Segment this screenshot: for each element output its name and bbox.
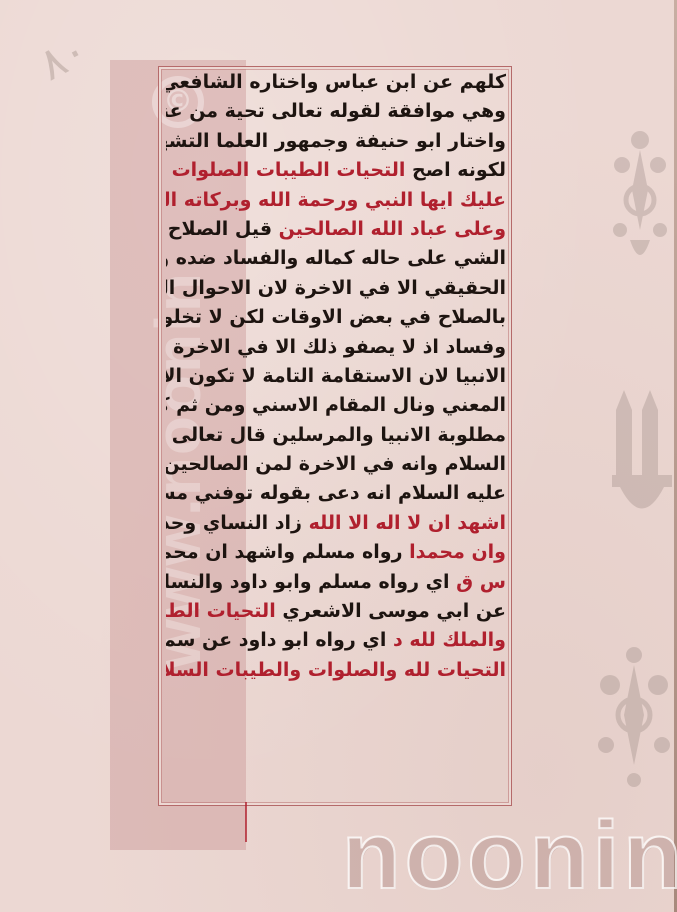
text-segment: عن ابي موسى الاشعري xyxy=(276,600,506,622)
text-line: التحيات لله والصلوات والطيبات السلام علي… xyxy=(166,656,506,685)
text-segment: مطلوبة الانبيا والمرسلين قال تعالى في حق… xyxy=(166,424,506,446)
text-segment: الانبيا لان الاستقامة التامة لا تكون الا… xyxy=(166,365,506,387)
text-line: الحقيقي الا في الاخرة لان الاحوال العاجل… xyxy=(166,274,506,303)
rubric-segment: والملك لله د xyxy=(393,629,506,651)
text-line: بالصلاح في بعض الاوقات لكن لا تخلو عن شا… xyxy=(166,303,506,332)
rubric-segment: التحيات لله والصلوات والطيبات السلام علي… xyxy=(166,659,506,681)
text-segment: المعني ونال المقام الاسني ومن ثم كانت هذ… xyxy=(166,394,506,416)
minaret-ornament-icon xyxy=(610,380,677,530)
rubric-segment: التحيات الطيبات والصلوات xyxy=(166,600,276,622)
text-line: عليك ايها النبي ورحمة الله وبركاته السلا… xyxy=(166,186,506,215)
text-line: وفساد اذ لا يصفو ذلك الا في الاخرة خصوصا… xyxy=(166,333,506,362)
text-line: لكونه اصح التحيات الطيبات الصلوات لله ال… xyxy=(166,156,506,185)
text-segment: اي رواه مسلم وابو داود والنساي وابن ماجه xyxy=(166,571,456,593)
text-segment: السلام وانه في الاخرة لمن الصالحين وحكي … xyxy=(166,453,506,475)
text-segment: الشي على حاله كماله والفساد ضده ولا يحصل… xyxy=(166,247,506,269)
text-line: المعني ونال المقام الاسني ومن ثم كانت هذ… xyxy=(166,391,506,420)
text-line: وان محمدا رواه مسلم واشهد ان محمدا عبده … xyxy=(166,538,506,567)
watermark-bottom-text: noonin xyxy=(342,808,677,904)
text-segment: بالصلاح في بعض الاوقات لكن لا تخلو عن شا… xyxy=(166,306,506,328)
rubric-segment: وعلى عباد الله الصالحين xyxy=(279,218,506,240)
text-line: عن ابي موسى الاشعري التحيات الطيبات والص… xyxy=(166,597,506,626)
text-segment: عليه السلام انه دعى بقوله توفني مسلما وا… xyxy=(166,482,506,504)
rubric-segment: التحيات الطيبات الصلوات لله السلام xyxy=(166,159,405,181)
text-line: مطلوبة الانبيا والمرسلين قال تعالى في حق… xyxy=(166,421,506,450)
manuscript-text: كلهم عن ابن عباس واختاره الشافعي لزيادة … xyxy=(166,68,506,808)
text-line: وهي موافقة لقوله تعالى تحية من عند الله … xyxy=(166,97,506,126)
text-segment: كلهم عن ابن عباس واختاره الشافعي لزيادة … xyxy=(166,71,506,93)
text-line: واختار ابو حنيفة وجمهور العلما التشهد اب… xyxy=(166,127,506,156)
text-segment: وفساد اذ لا يصفو ذلك الا في الاخرة خصوصا… xyxy=(166,336,506,358)
text-line: س ق اي رواه مسلم وابو داود والنساي وابن … xyxy=(166,568,506,597)
rubric-segment: س ق xyxy=(456,571,506,593)
rubric-segment: اشهد ان لا اله الا الله xyxy=(309,512,506,534)
text-line: عليه السلام انه دعى بقوله توفني مسلما وا… xyxy=(166,479,506,508)
text-segment: اي رواه ابو داود عن سمرة xyxy=(166,629,393,651)
text-segment: وهي موافقة لقوله تعالى تحية من عند الله … xyxy=(166,100,506,122)
text-segment: رواه مسلم واشهد ان محمدا xyxy=(166,541,409,563)
rubric-segment: عليك ايها النبي ورحمة الله وبركاته السلا… xyxy=(166,189,506,211)
text-segment: قيل الصلاح هو استقامة xyxy=(166,218,279,240)
text-line: اشهد ان لا اله الا الله زاد النساي وحده … xyxy=(166,509,506,538)
rosette-ornament-icon xyxy=(590,640,677,790)
text-line: الانبيا لان الاستقامة التامة لا تكون الا… xyxy=(166,362,506,391)
text-line: الشي على حاله كماله والفساد ضده ولا يحصل… xyxy=(166,244,506,273)
rosette-ornament-icon xyxy=(600,120,677,270)
text-segment: زاد النساي وحده لا شريك له xyxy=(166,512,309,534)
text-line: وعلى عباد الله الصالحين قيل الصلاح هو اس… xyxy=(166,215,506,244)
text-segment: لكونه اصح xyxy=(405,159,506,181)
text-segment: واختار ابو حنيفة وجمهور العلما التشهد اب… xyxy=(166,130,506,152)
rubric-segment: وان محمدا xyxy=(409,541,506,563)
ink-stroke xyxy=(245,802,247,842)
text-line: والملك لله د اي رواه ابو داود عن سمرة بس… xyxy=(166,626,506,655)
text-line: كلهم عن ابن عباس واختاره الشافعي لزيادة … xyxy=(166,68,506,97)
text-segment: الحقيقي الا في الاخرة لان الاحوال العاجل… xyxy=(166,277,506,299)
text-line: السلام وانه في الاخرة لمن الصالحين وحكي … xyxy=(166,450,506,479)
